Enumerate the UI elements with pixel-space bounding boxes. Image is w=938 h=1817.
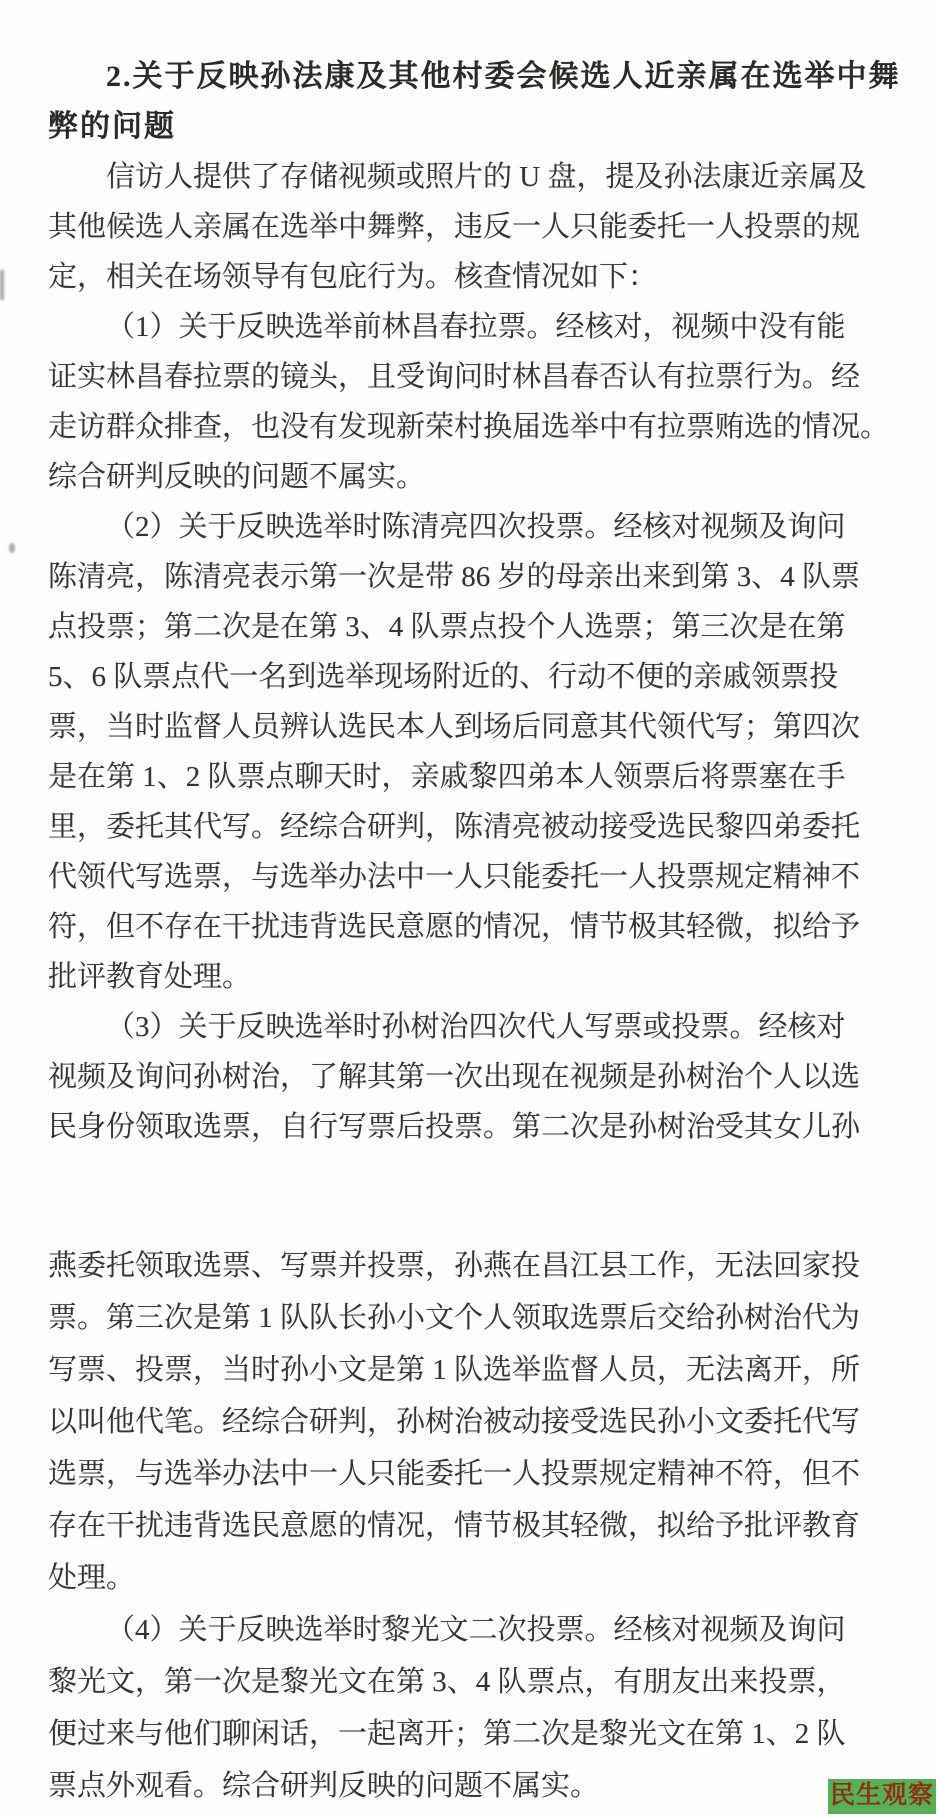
text-line-item-3: （3）关于反映选举时孙树治四次代人写票或投票。经核对: [48, 1002, 910, 1052]
text-line: 便过来与他们聊闲话，一起离开；第二次是黎光文在第 1、2 队: [48, 1708, 910, 1760]
section-heading-line: 弊的问题: [48, 102, 910, 152]
text-line-item-1: （1）关于反映选举前林昌春拉票。经核对，视频中没有能: [48, 302, 910, 352]
text-line: 是在第 1、2 队票点聊天时，亲戚黎四弟本人领票后将票塞在手: [48, 752, 910, 802]
document-scan: 2.关于反映孙法康及其他村委会候选人近亲属在选举中舞 弊的问题 信访人提供了存储…: [0, 0, 938, 1817]
text-line: 陈清亮，陈清亮表示第一次是带 86 岁的母亲出来到第 3、4 队票: [48, 552, 910, 602]
text-line-item-2: （2）关于反映选举时陈清亮四次投票。经核对视频及询问: [48, 502, 910, 552]
text-line: 以叫他代笔。经综合研判，孙树治被动接受选民孙小文委托代写: [48, 1396, 910, 1448]
watermark-badge: 民生观察: [828, 1779, 936, 1814]
text-line: 票点外观看。综合研判反映的问题不属实。: [48, 1760, 910, 1812]
text-line: 写票、投票，当时孙小文是第 1 队选举监督人员，无法离开，所: [48, 1344, 910, 1396]
text-line: 综合研判反映的问题不属实。: [48, 452, 910, 502]
text-line: 5、6 队票点代一名到选举现场附近的、行动不便的亲戚领票投: [48, 652, 910, 702]
scan-artifact: [0, 270, 4, 300]
section-heading-line: 2.关于反映孙法康及其他村委会候选人近亲属在选举中舞: [48, 52, 910, 102]
text-line: 票，当时监督人员辨认选民本人到场后同意其代领代写；第四次: [48, 702, 910, 752]
page-bottom-section: 燕委托领取选票、写票并投票，孙燕在昌江县工作，无法回家投 票。第三次是第 1 队…: [0, 1240, 938, 1812]
text-line: 票。第三次是第 1 队队长孙小文个人领取选票后交给孙树治代为: [48, 1292, 910, 1344]
text-line: 黎光文，第一次是黎光文在第 3、4 队票点，有朋友出来投票，: [48, 1656, 910, 1708]
text-line: 定，相关在场领导有包庇行为。核查情况如下：: [48, 252, 910, 302]
text-line: 批评教育处理。: [48, 952, 910, 1002]
page-break-gap: [0, 1152, 938, 1240]
text-line: 选票，与选举办法中一人只能委托一人投票规定精神不符，但不: [48, 1448, 910, 1500]
text-line: 存在干扰违背选民意愿的情况，情节极其轻微，拟给予批评教育: [48, 1500, 910, 1552]
scan-artifact: [9, 543, 15, 553]
scanned-document: { "document": { "heading_lines": [ "2.关于…: [0, 0, 938, 1817]
text-line-item-4: （4）关于反映选举时黎光文二次投票。经核对视频及询问: [48, 1604, 910, 1656]
text-line: 处理。: [48, 1552, 910, 1604]
text-line: 信访人提供了存储视频或照片的 U 盘，提及孙法康近亲属及: [48, 152, 910, 202]
text-line: 其他候选人亲属在选举中舞弊，违反一人只能委托一人投票的规: [48, 202, 910, 252]
text-line: 民身份领取选票，自行写票后投票。第二次是孙树治受其女儿孙: [48, 1102, 910, 1152]
text-line: 点投票；第二次是在第 3、4 队票点投个人选票；第三次是在第: [48, 602, 910, 652]
text-line: 里，委托其代写。经综合研判，陈清亮被动接受选民黎四弟委托: [48, 802, 910, 852]
text-line: 代领代写选票，与选举办法中一人只能委托一人投票规定精神不: [48, 852, 910, 902]
text-line: 证实林昌春拉票的镜头，且受询问时林昌春否认有拉票行为。经: [48, 352, 910, 402]
text-line: 燕委托领取选票、写票并投票，孙燕在昌江县工作，无法回家投: [48, 1240, 910, 1292]
text-line: 符，但不存在干扰违背选民意愿的情况，情节极其轻微，拟给予: [48, 902, 910, 952]
text-line: 走访群众排查，也没有发现新荣村换届选举中有拉票贿选的情况。: [48, 402, 910, 452]
page-top-section: 2.关于反映孙法康及其他村委会候选人近亲属在选举中舞 弊的问题 信访人提供了存储…: [0, 0, 938, 1152]
text-line: 视频及询问孙树治，了解其第一次出现在视频是孙树治个人以选: [48, 1052, 910, 1102]
